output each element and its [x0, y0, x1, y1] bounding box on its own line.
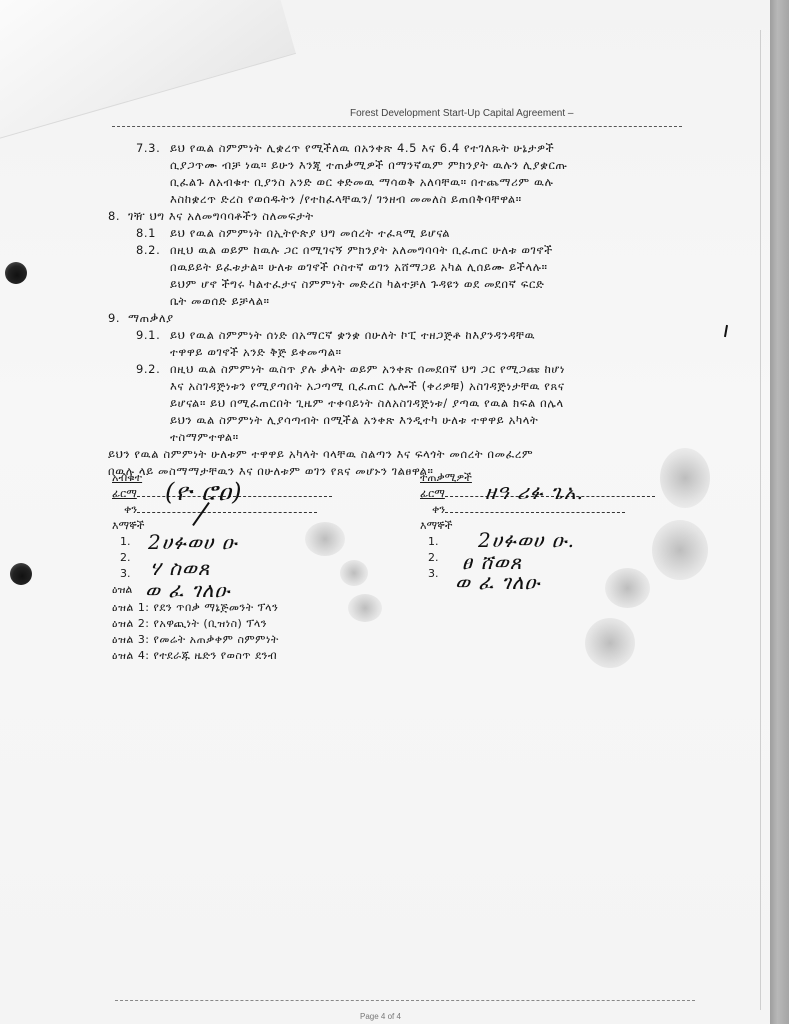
section-title: ገዥ ህግ እና አለመግባባቶችን ስለመፍታት [128, 209, 314, 223]
handwritten-signature: (ዮ ሮዐ) [165, 478, 242, 506]
header-rule [112, 126, 682, 127]
document-page: Forest Development Start-Up Capital Agre… [0, 0, 770, 1024]
handwritten-annex: ወ ፈ ገለዑ [145, 578, 230, 602]
item-line: ይህ የዉል ስምምነት በኢትዮጵያ ህግ መሰረት ተፈጻሚ ይሆናል [170, 226, 450, 240]
annex-item: ዕዝል 1: የደን ጥበቃ ማኔጅመንት ፕላን [112, 600, 279, 616]
section-number: 8. [108, 208, 128, 225]
handwritten-witness: ሃ ስወጸ [150, 556, 210, 580]
item-number: 9.2. [136, 361, 170, 378]
handwritten-witness: ወ ፈ ገለዑ [455, 570, 540, 594]
item-line: በዚህ ዉል ወይም ከዉሉ ጋር በሚገናኝ ምክንያት አለመግባባት ቢፈ… [170, 243, 553, 257]
item-line: ይሆናል። ይህ በሚፈጠርበት ጊዜም ተቀባይነት ስለአስገዳጅነቱ/ ያ… [108, 395, 698, 412]
page-number: Page 4 of 4 [360, 1012, 401, 1021]
footer-rule [115, 1000, 695, 1001]
annex-item: ዕዝል 3: የመሬት አጠቃቀም ስምምነት [112, 632, 279, 648]
date-label: ቀን [432, 503, 445, 516]
annex-item: ዕዝል 2: የአዋጪነት (ቢዝነስ) ፕላን [112, 616, 279, 632]
clause-line: እስከቋረጥ ድረስ የወሰዱትን /የተከፈላቸዉን/ ገንዘብ መመለስ ይ… [136, 191, 698, 208]
item-line: ይህ የዉል ስምምነት ሰነድ በአማርኛ ቋንቋ በሁለት ኮፒ ተዘጋጅቶ… [170, 328, 535, 342]
item-line: ተስማምተዋል። [108, 429, 698, 446]
page-fold [0, 0, 296, 142]
ink-stain [348, 594, 382, 622]
section-9: 9.ማጠቃለያ 9.1.ይህ የዉል ስምምነት ሰነድ በአማርኛ ቋንቋ በ… [108, 310, 698, 446]
clause-line: ሲያጋጥሙ ብቻ ነዉ። ይሁን እንጂ ተጠቃሚዎች በማንኛዉም ምክንያት… [136, 157, 698, 174]
punch-hole [10, 563, 32, 585]
annex-item: ዕዝል 4: የተደራጁ ዜድን የወስጥ ደንብ [112, 648, 279, 664]
ink-stain [585, 618, 635, 668]
page-edge-line [760, 30, 761, 1010]
item-line: በዚህ ዉል ስምምነት ዉስጥ ያሉ ቃላት ወይም አንቀጽ በመደበኛ ህ… [170, 362, 565, 376]
item-line: ይህም ሆኖ ችግሩ ካልተፈታና ስምምነት መድረስ ካልተቻለ ጉዳዩን … [108, 276, 698, 293]
document-header: Forest Development Start-Up Capital Agre… [350, 108, 573, 119]
handwritten-witness: 2ሀፉወሀ ዑ. [478, 528, 575, 552]
section-title: ማጠቃለያ [128, 311, 174, 325]
item-number: 8.2. [136, 242, 170, 259]
clause-line: ቢፈልጉ ለአብቁተ ቢያንስ አንድ ወር ቀድመዉ ማሳወቅ አለባቸዉ። … [136, 174, 698, 191]
clause-7-3: 7.3.ይህ የዉል ስምምነት ሊቋረጥ የሚችለዉ በአንቀጽ 4.5 እና… [108, 140, 698, 208]
annex-list: ዕዝል 1: የደን ጥበቃ ማኔጅመንት ፕላን ዕዝል 2: የአዋጪነት … [112, 600, 279, 664]
item-line: በዉይይት ይፈቱታል። ሁለቱ ወገኖች ሶስተኛ ወገን አሸማጋይ አካል… [108, 259, 698, 276]
scanner-edge [770, 0, 789, 1024]
handwritten-witness: 2ሀፉወሀ ዑ [148, 530, 238, 554]
section-number: 9. [108, 310, 128, 327]
clause-number: 7.3. [136, 140, 170, 157]
item-number: 8.1 [136, 225, 170, 242]
closing-line: ይህን የዉል ስምምነት ሁለቱም ተዋዋይ አካላት ባላቸዉ ስልጣን እ… [108, 446, 698, 463]
signature-label: ፊርማ [112, 487, 137, 500]
signature-label: ፊርማ [420, 487, 445, 500]
item-line: ቤት መወሰድ ይቻላል። [108, 293, 698, 310]
punch-hole [5, 262, 27, 284]
item-number: 9.1. [136, 327, 170, 344]
witness-number: 2. [420, 550, 680, 566]
item-line: ተዋዋይ ወገኖች አንድ ቅጅ ይቀመጣል። [108, 344, 698, 361]
section-8: 8.ገዥ ህግ እና አለመግባባቶችን ስለመፍታት 8.1ይህ የዉል ስም… [108, 208, 698, 310]
date-label: ቀን [124, 503, 137, 516]
margin-mark [724, 325, 728, 337]
handwritten-signature: ዘዓ ሪፉ ጌአ. [485, 480, 584, 504]
document-body: 7.3.ይህ የዉል ስምምነት ሊቋረጥ የሚችለዉ በአንቀጽ 4.5 እና… [108, 140, 698, 480]
clause-line: ይህ የዉል ስምምነት ሊቋረጥ የሚችለዉ በአንቀጽ 4.5 እና 6.4… [170, 141, 554, 155]
item-line: ይህን ዉል ስምምነት ሊያሳጣብት በሚችል አንቀጽ እንዲተካ ሁለቱ … [108, 412, 698, 429]
item-line: እና አስገዳጅነቱን የሚያጣበት አጋጣሚ ቢፈጠር ሌሎች (ቀሪዎቹ) … [108, 378, 698, 395]
